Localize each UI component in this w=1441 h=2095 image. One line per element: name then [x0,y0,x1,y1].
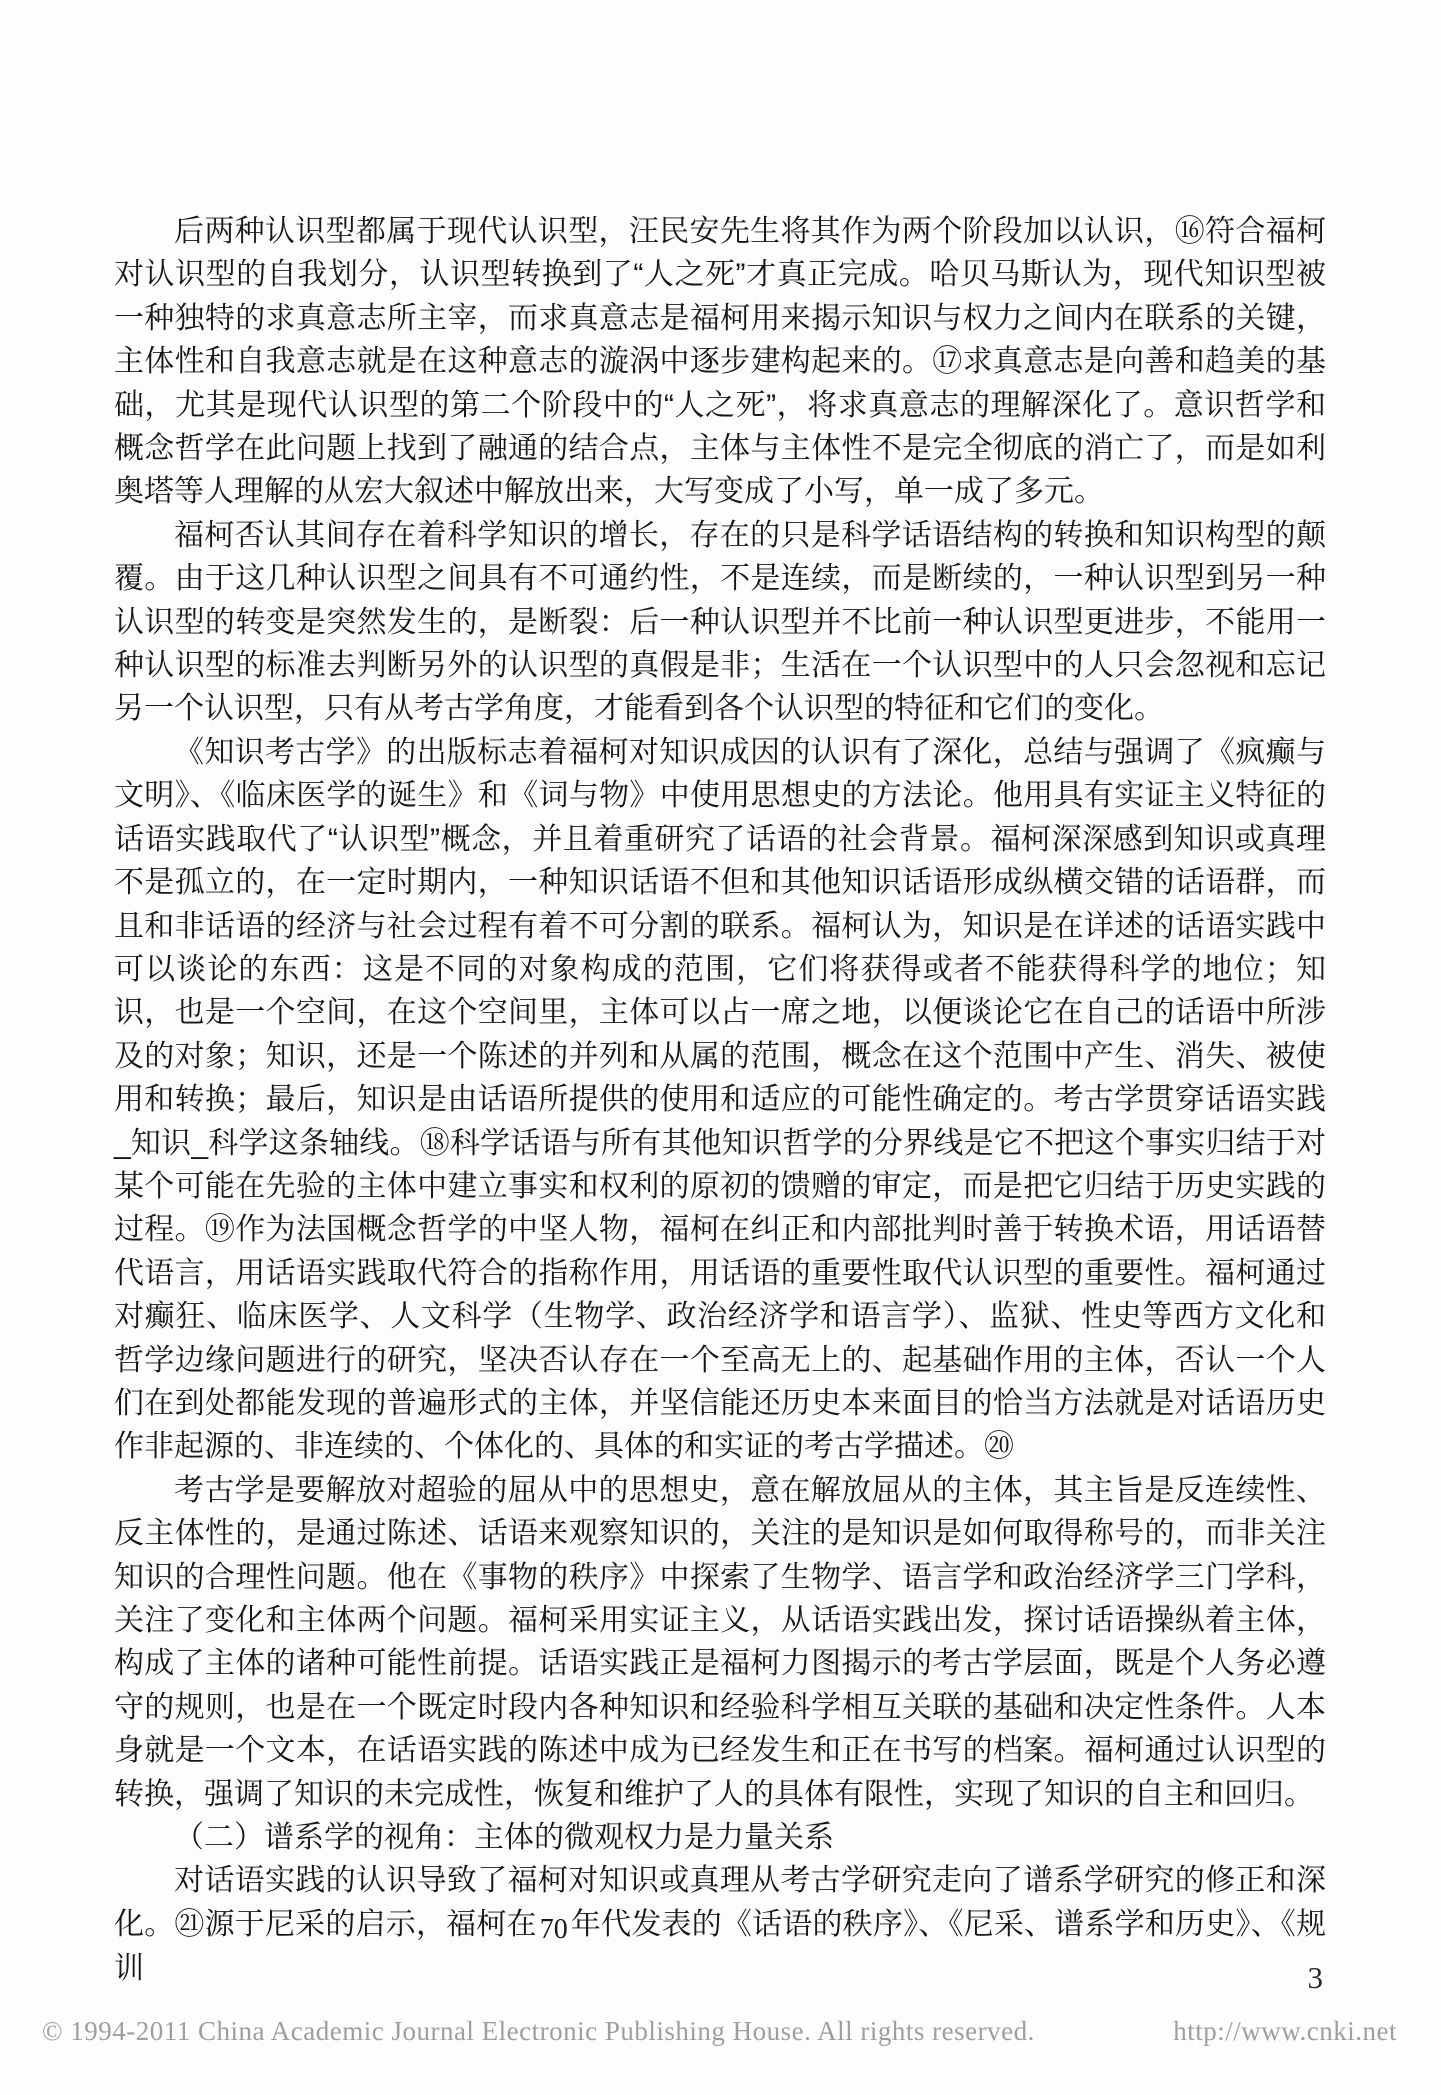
footer-watermark: © 1994-2011 China Academic Journal Elect… [42,2016,1397,2047]
footer-url: http://www.cnki.net [1173,2016,1397,2047]
section-heading: （二）谱系学的视角：主体的微观权力是力量关系 [114,1816,1326,1859]
paragraph: 福柯否认其间存在着科学知识的增长，存在的只是科学话语结构的转换和知识构型的颠覆。… [114,514,1326,731]
year-number: 70 [537,1914,571,1945]
body-text: 后两种认识型都属于现代认识型，汪民安先生将其作为两个阶段加以认识，⑯符合福柯对认… [114,210,1326,1991]
journal-page: 后两种认识型都属于现代认识型，汪民安先生将其作为两个阶段加以认识，⑯符合福柯对认… [0,0,1441,2095]
paragraph: 后两种认识型都属于现代认识型，汪民安先生将其作为两个阶段加以认识，⑯符合福柯对认… [114,210,1326,514]
footer-copyright: © 1994-2011 China Academic Journal Elect… [42,2016,1035,2047]
paragraph: 对话语实践的认识导致了福柯对知识或真理从考古学研究走向了谱系学研究的修正和深化。… [114,1859,1326,1990]
paragraph: 《知识考古学》的出版标志着福柯对知识成因的认识有了深化，总结与强调了《疯癫与文明… [114,731,1326,1469]
paragraph: 考古学是要解放对超验的屈从中的思想史，意在解放屈从的主体，其主旨是反连续性、反主… [114,1469,1326,1816]
page-number: 3 [1308,1960,1324,1996]
